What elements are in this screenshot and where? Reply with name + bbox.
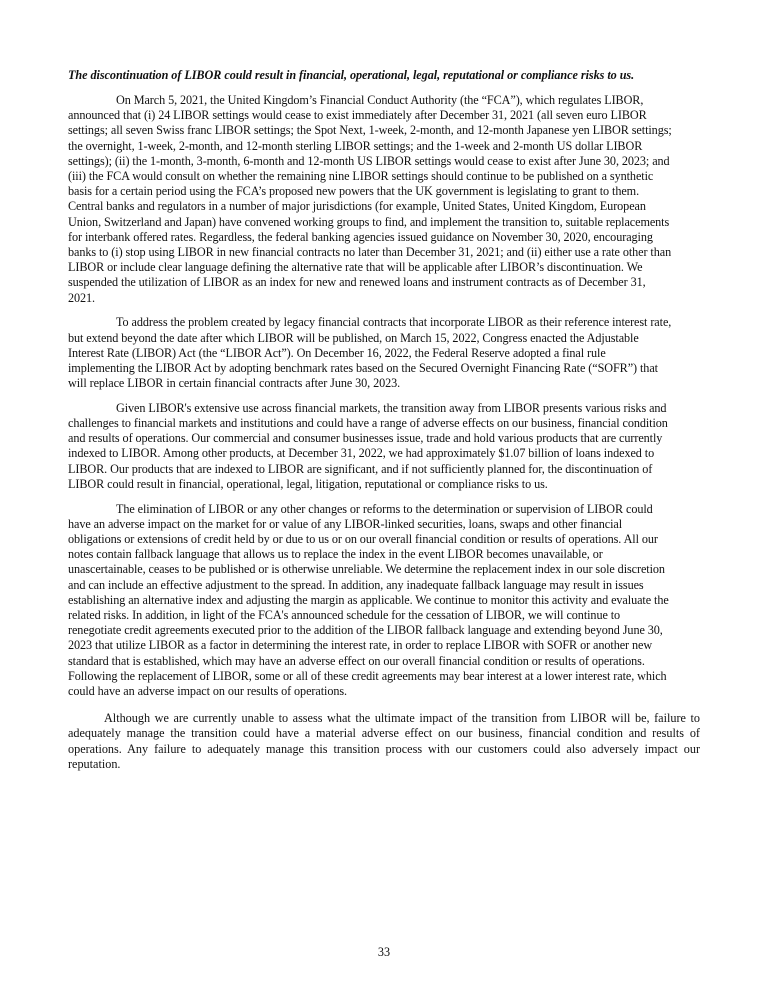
paragraph-elimination-impact: The elimination of LIBOR or any other ch… [68, 502, 700, 700]
text-line: reputation. [68, 757, 700, 772]
text-line: LIBOR or include clear language defining… [68, 260, 700, 275]
text-line: adequately manage the transition could h… [68, 726, 700, 741]
text-line: operations. Any failure to adequately ma… [68, 742, 700, 757]
paragraph-libor-act: To address the problem created by legacy… [68, 315, 700, 391]
text-line: settings; all seven Swiss franc LIBOR se… [68, 123, 700, 138]
text-line: could have an adverse impact on our resu… [68, 684, 700, 699]
text-line: announced that (i) 24 LIBOR settings wou… [68, 108, 700, 123]
text-line: Union, Switzerland and Japan) have conve… [68, 215, 700, 230]
text-line: implementing the LIBOR Act by adopting b… [68, 361, 700, 376]
text-line: banks to (i) stop using LIBOR in new fin… [68, 245, 700, 260]
paragraph-transition-risks: Given LIBOR's extensive use across finan… [68, 401, 700, 492]
text-line: (iii) the FCA would consult on whether t… [68, 169, 700, 184]
text-line: Although we are currently unable to asse… [68, 711, 700, 726]
paragraph-management-failure: Although we are currently unable to asse… [68, 711, 700, 772]
section-heading: The discontinuation of LIBOR could resul… [68, 68, 700, 83]
text-line: and results of operations. Our commercia… [68, 431, 700, 446]
text-line: LIBOR could result in financial, operati… [68, 477, 700, 492]
text-line: for interbank offered rates. Regardless,… [68, 230, 700, 245]
text-line: Following the replacement of LIBOR, some… [68, 669, 700, 684]
text-line: unascertainable, ceases to be published … [68, 562, 700, 577]
text-line: but extend beyond the date after which L… [68, 331, 700, 346]
text-line: The elimination of LIBOR or any other ch… [68, 502, 700, 517]
text-line: have an adverse impact on the market for… [68, 517, 700, 532]
text-line: establishing an alternative index and ad… [68, 593, 700, 608]
text-line: 2021. [68, 291, 700, 306]
text-line: Interest Rate (LIBOR) Act (the “LIBOR Ac… [68, 346, 700, 361]
text-line: challenges to financial markets and inst… [68, 416, 700, 431]
text-line: 2023 that utilize LIBOR as a factor in d… [68, 638, 700, 653]
text-line: Central banks and regulators in a number… [68, 199, 700, 214]
text-line: and can include an effective adjustment … [68, 578, 700, 593]
text-line: LIBOR. Our products that are indexed to … [68, 462, 700, 477]
text-line: To address the problem created by legacy… [68, 315, 700, 330]
text-line: Given LIBOR's extensive use across finan… [68, 401, 700, 416]
text-line: renegotiate credit agreements executed p… [68, 623, 700, 638]
text-line: settings); (ii) the 1-month, 3-month, 6-… [68, 154, 700, 169]
text-line: obligations or extensions of credit held… [68, 532, 700, 547]
text-line: standard that is established, which may … [68, 654, 700, 669]
text-line: On March 5, 2021, the United Kingdom’s F… [68, 93, 700, 108]
text-line: the overnight, 1-week, 2-month, and 12-m… [68, 139, 700, 154]
page-number: 33 [0, 945, 768, 960]
text-line: basis for a certain period using the FCA… [68, 184, 700, 199]
document-page: The discontinuation of LIBOR could resul… [68, 68, 700, 782]
text-line: related risks. In addition, in light of … [68, 608, 700, 623]
paragraph-fca-announcement: On March 5, 2021, the United Kingdom’s F… [68, 93, 700, 306]
text-line: notes contain fallback language that all… [68, 547, 700, 562]
text-line: indexed to LIBOR. Among other products, … [68, 446, 700, 461]
text-line: suspended the utilization of LIBOR as an… [68, 275, 700, 290]
text-line: will replace LIBOR in certain financial … [68, 376, 700, 391]
